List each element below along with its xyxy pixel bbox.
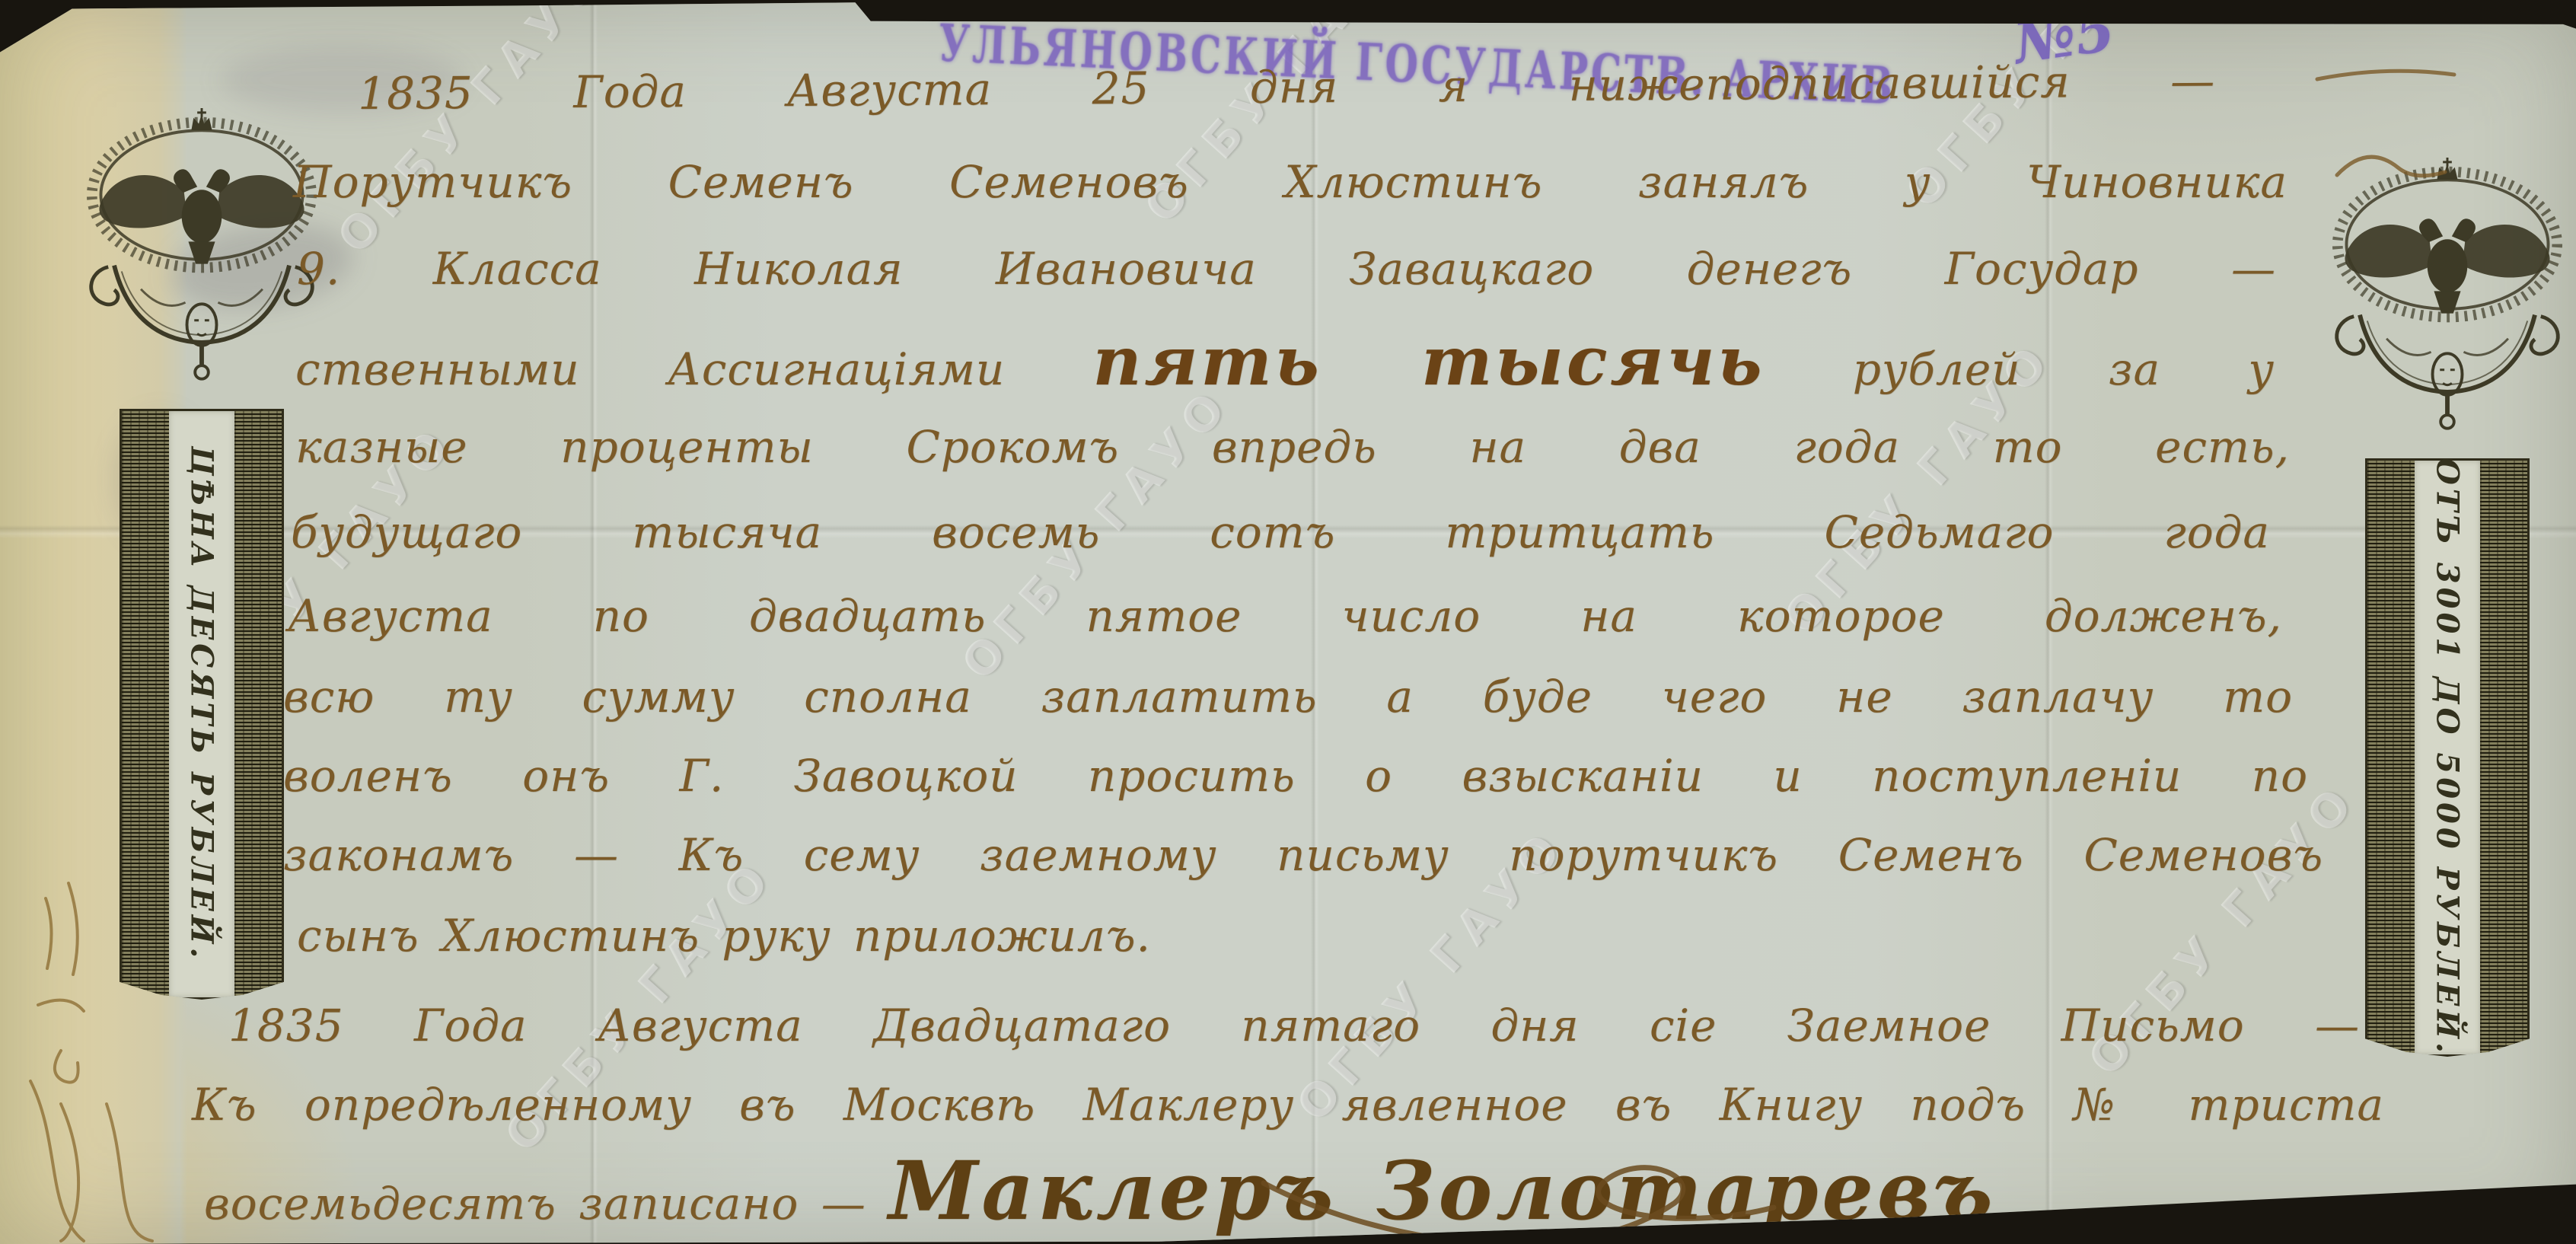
manuscript-line: будущаго тысяча восемь сотъ тритцать Сед…: [291, 509, 2270, 557]
broker-signature: Маклеръ Золотаревъ: [888, 1143, 1996, 1238]
guilloche-column: [2480, 461, 2527, 1054]
registration-line: Къ опредѣленному въ Москвѣ Маклеру явлен…: [192, 1081, 2384, 1130]
manuscript-line: Порутчикъ Семенъ Семеновъ Хлюстинъ занял…: [293, 158, 2287, 207]
document-paper: ОГБУ ГАУО ОГБУ ГАУО ОГБУ ГАУО ОГБУ ГАУО …: [0, 0, 2576, 1244]
archival-photo: { "stamp": { "text": "УЛЬЯНОВСКИЙ ГОСУДА…: [0, 0, 2576, 1244]
registration-line: 1835 Года Августа Двадцатаго пятаго дня …: [228, 1002, 2360, 1051]
manuscript-line: Августа по двадцать пятое число на котор…: [288, 592, 2282, 641]
imperial-eagle-seal-icon: [2318, 129, 2576, 478]
manuscript-line: ственными Ассигнаціями пять тысячь рубле…: [295, 324, 2275, 398]
manuscript-text: ственными Ассигнаціями: [295, 343, 1092, 395]
manuscript-line: казные проценты Срокомъ впредь на два го…: [295, 423, 2290, 472]
manuscript-line: сынъ Хлюстинъ руку приложилъ.: [297, 912, 1151, 961]
manuscript-line: всю ту сумму сполна заплатить а буде чег…: [283, 673, 2293, 722]
manuscript-line: воленъ онъ Г. Завоцкой просить о взыскан…: [283, 752, 2308, 801]
archive-watermark-text: ОГБУ ГАУО: [327, 0, 617, 264]
imperial-eagle-seal-icon: [72, 80, 331, 429]
right-border: ОТЪ 3001 ДО 5000 РУБЛЕЙ.: [2318, 129, 2576, 1057]
right-band-strip: ОТЪ 3001 ДО 5000 РУБЛЕЙ.: [2415, 461, 2480, 1054]
registration-line: восемьдесятъ записано — Маклеръ Золотаре…: [204, 1147, 1997, 1236]
left-border-band: ЦѢНА ДЕСЯТЬ РУБЛЕЙ.: [120, 409, 284, 1000]
manuscript-line: законамъ — Къ сему заемному письму порут…: [283, 831, 2323, 880]
manuscript-line: 9. Класса Николая Ивановича Завацкаго де…: [297, 245, 2276, 294]
right-band-label: ОТЪ 3001 ДО 5000 РУБЛЕЙ.: [2430, 458, 2466, 1057]
guilloche-column: [122, 411, 169, 997]
registration-text: восемьдесятъ записано —: [204, 1178, 888, 1230]
left-band-label: ЦѢНА ДЕСЯТЬ РУБЛЕЙ.: [184, 446, 220, 962]
manuscript-text: рублей за у: [1765, 343, 2275, 395]
amount-emphasis: пять тысячь: [1092, 321, 1765, 400]
left-band-strip: ЦѢНА ДЕСЯТЬ РУБЛЕЙ.: [169, 411, 234, 997]
right-border-band: ОТЪ 3001 ДО 5000 РУБЛЕЙ.: [2365, 458, 2530, 1057]
manuscript-line: 1835 Года Августа 25 дня я нижеподписавш…: [358, 57, 2215, 119]
guilloche-column: [234, 411, 282, 997]
guilloche-column: [2367, 461, 2415, 1054]
